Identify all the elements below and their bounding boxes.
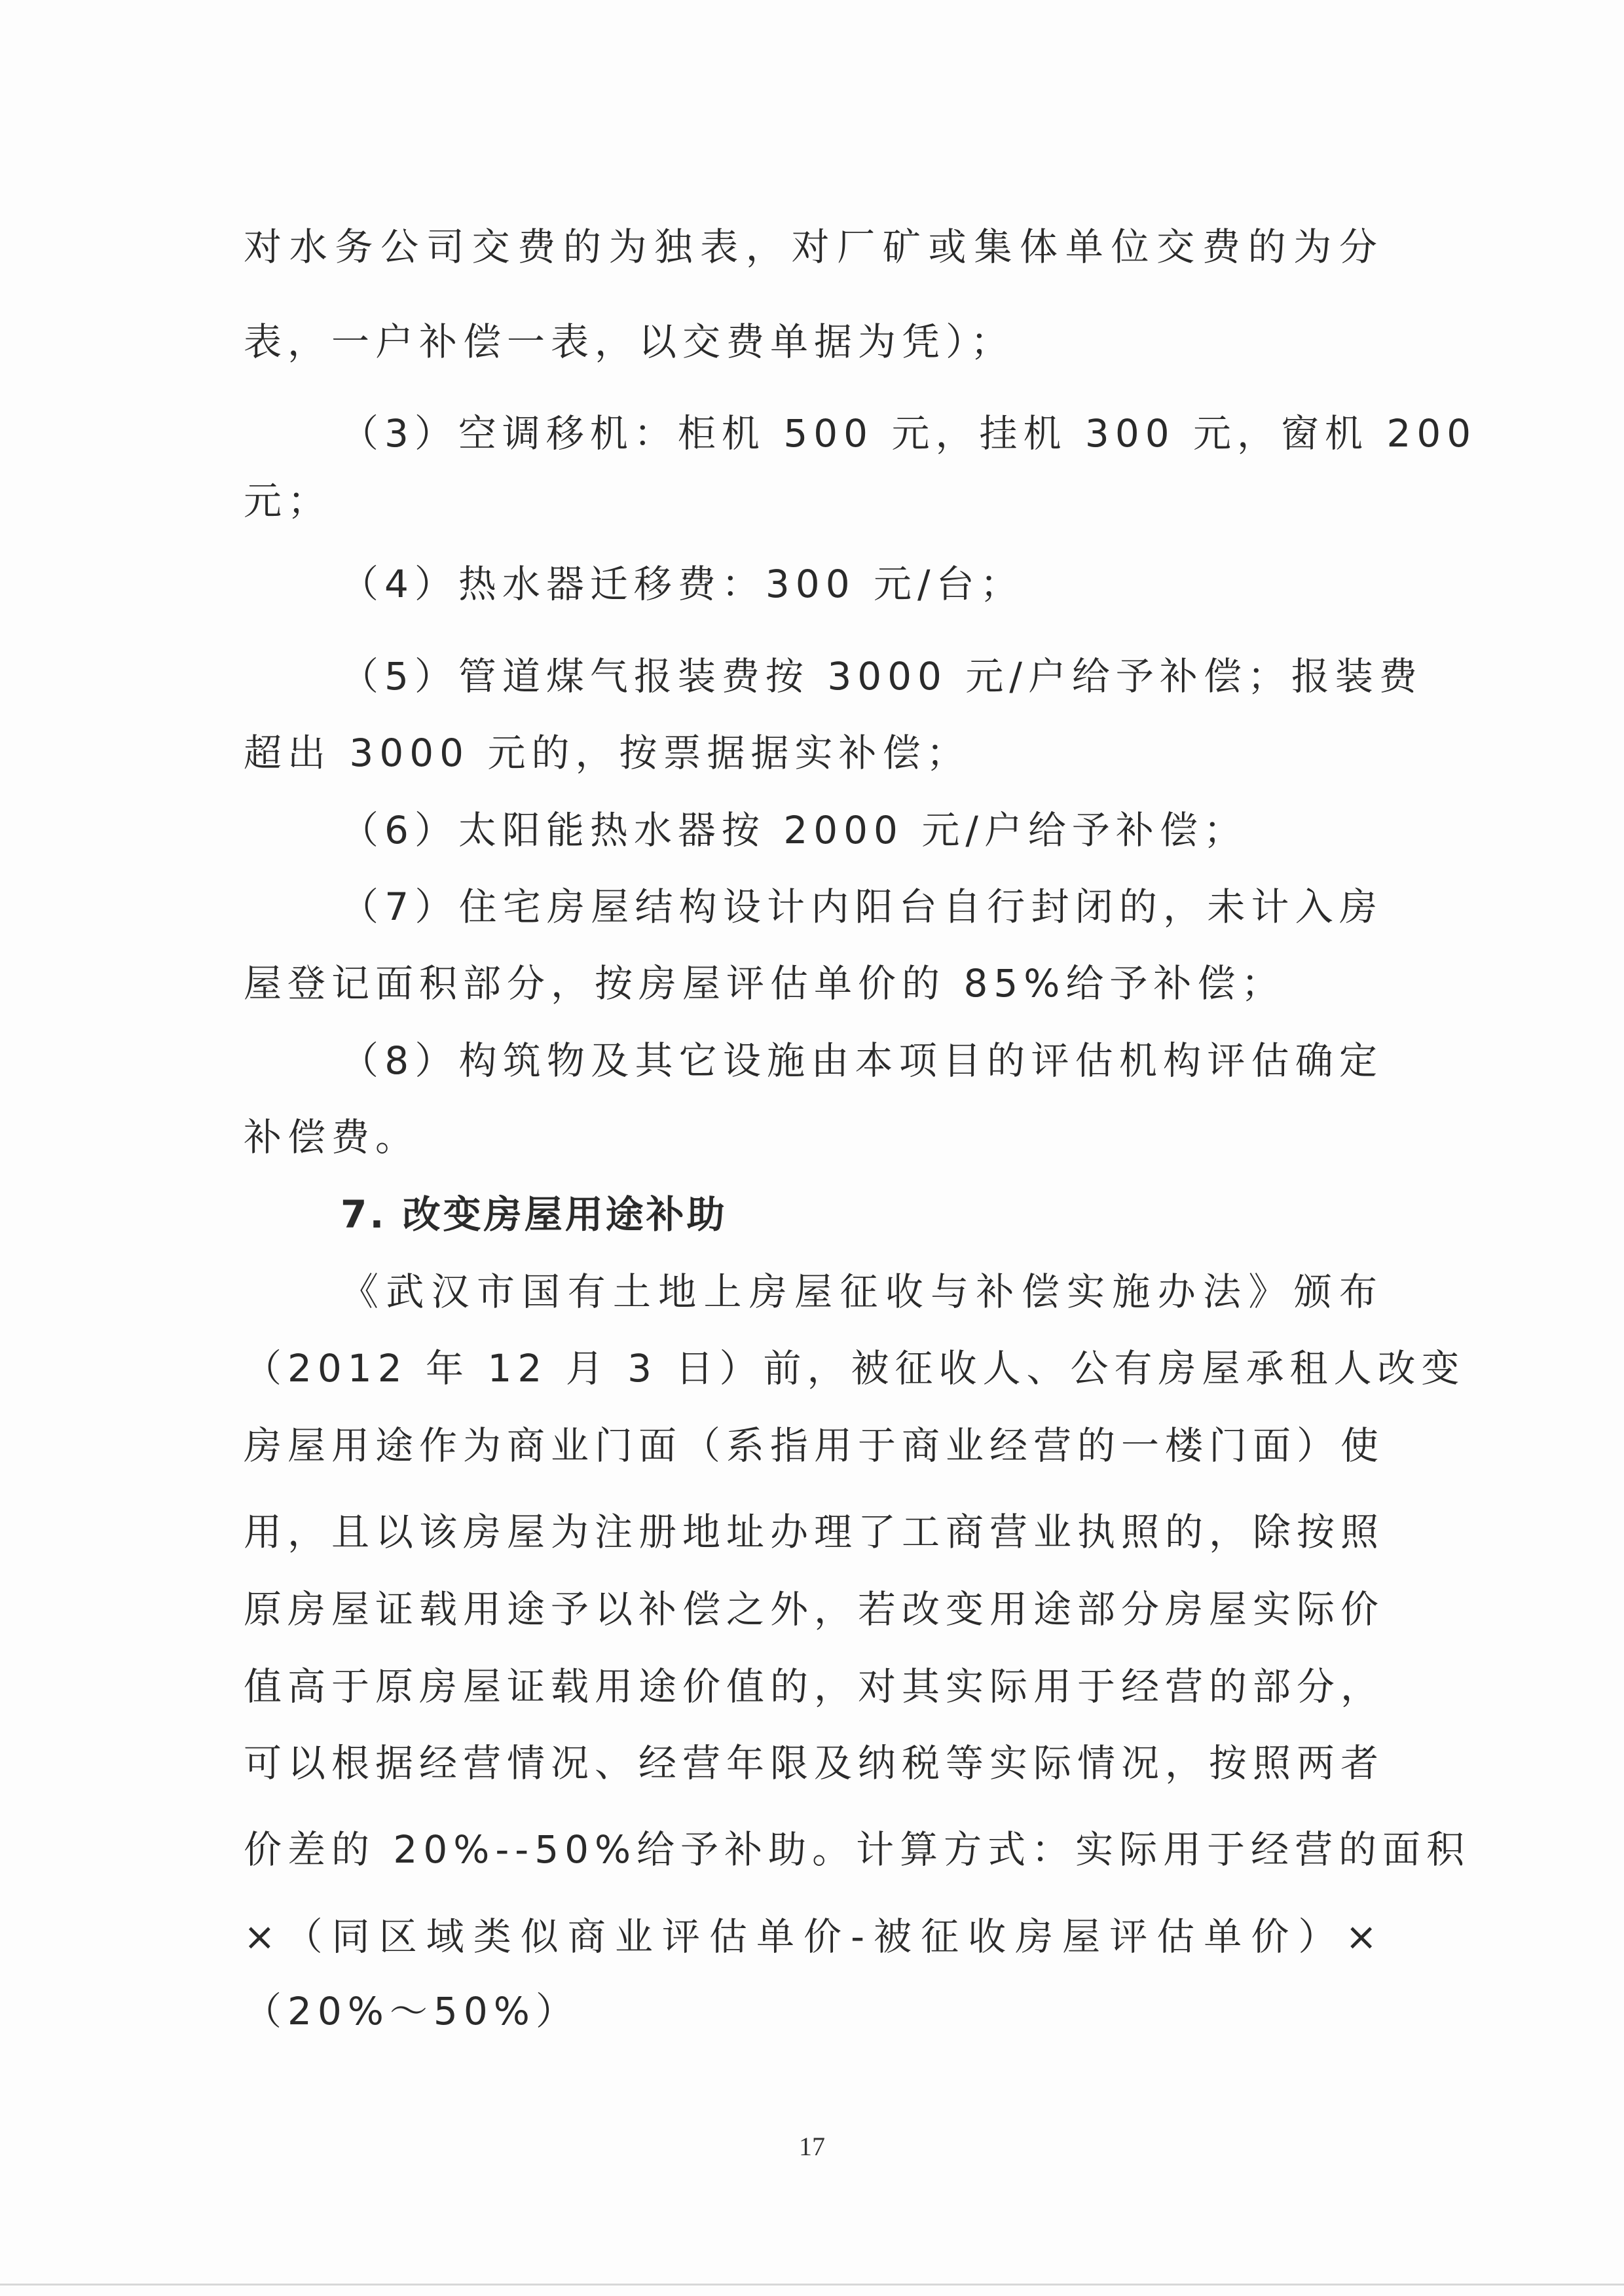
item-5-line-1: （5）管道煤气报装费按 3000 元/户给予补偿；报装费 [341,650,1383,702]
document-page: 对水务公司交费的为独表，对厂矿或集体单位交费的为分 表，一户补偿一表，以交费单据… [0,0,1624,2296]
body-line-2: 表，一户补偿一表，以交费单据为凭）； [244,316,1383,368]
para-line-7: 可以根据经营情况、经营年限及纳税等实际情况，按照两者 [244,1737,1383,1789]
page-bottom-edge [0,2284,1624,2286]
item-8-line-1: （8）构筑物及其它设施由本项目的评估机构评估确定 [341,1034,1383,1087]
body-line-1: 对水务公司交费的为独表，对厂矿或集体单位交费的为分 [244,221,1383,273]
item-3-line-1: （3）空调移机：柜机 500 元，挂机 300 元，窗机 200 [341,407,1383,460]
item-4: （4）热水器迁移费：300 元/台； [341,558,1383,610]
section-heading: 7. 改变房屋用途补助 [341,1188,1383,1241]
para-line-4: 用，且以该房屋为注册地址办理了工商营业执照的，除按照 [244,1506,1383,1558]
para-line-3: 房屋用途作为商业门面（系指用于商业经营的一楼门面）使 [244,1419,1383,1472]
item-5-line-2: 超出 3000 元的，按票据据实补偿； [244,727,1383,779]
para-line-5: 原房屋证载用途予以补偿之外，若改变用途部分房屋实际价 [244,1583,1383,1635]
item-3-line-2: 元； [244,475,1383,527]
para-line-8: 价差的 20%--50%给予补助。计算方式：实际用于经营的面积 [244,1823,1383,1876]
para-line-6: 值高于原房屋证载用途价值的，对其实际用于经营的部分， [244,1660,1383,1713]
item-6: （6）太阳能热水器按 2000 元/户给予补偿； [341,804,1383,856]
page-number: 17 [0,2131,1624,2162]
item-7-line-2: 屋登记面积部分，按房屋评估单价的 85%给予补偿； [244,957,1383,1010]
para-line-9: ×（同区域类似商业评估单价-被征收房屋评估单价）× [244,1910,1383,1963]
item-7-line-1: （7）住宅房屋结构设计内阳台自行封闭的，未计入房 [341,881,1383,933]
para-line-10: （20%～50%） [244,1985,1383,2037]
para-line-1: 《武汉市国有土地上房屋征收与补偿实施办法》颁布 [341,1266,1383,1318]
para-line-2: （2012 年 12 月 3 日）前，被征收人、公有房屋承租人改变 [244,1342,1383,1394]
item-8-line-2: 补偿费。 [244,1111,1383,1163]
